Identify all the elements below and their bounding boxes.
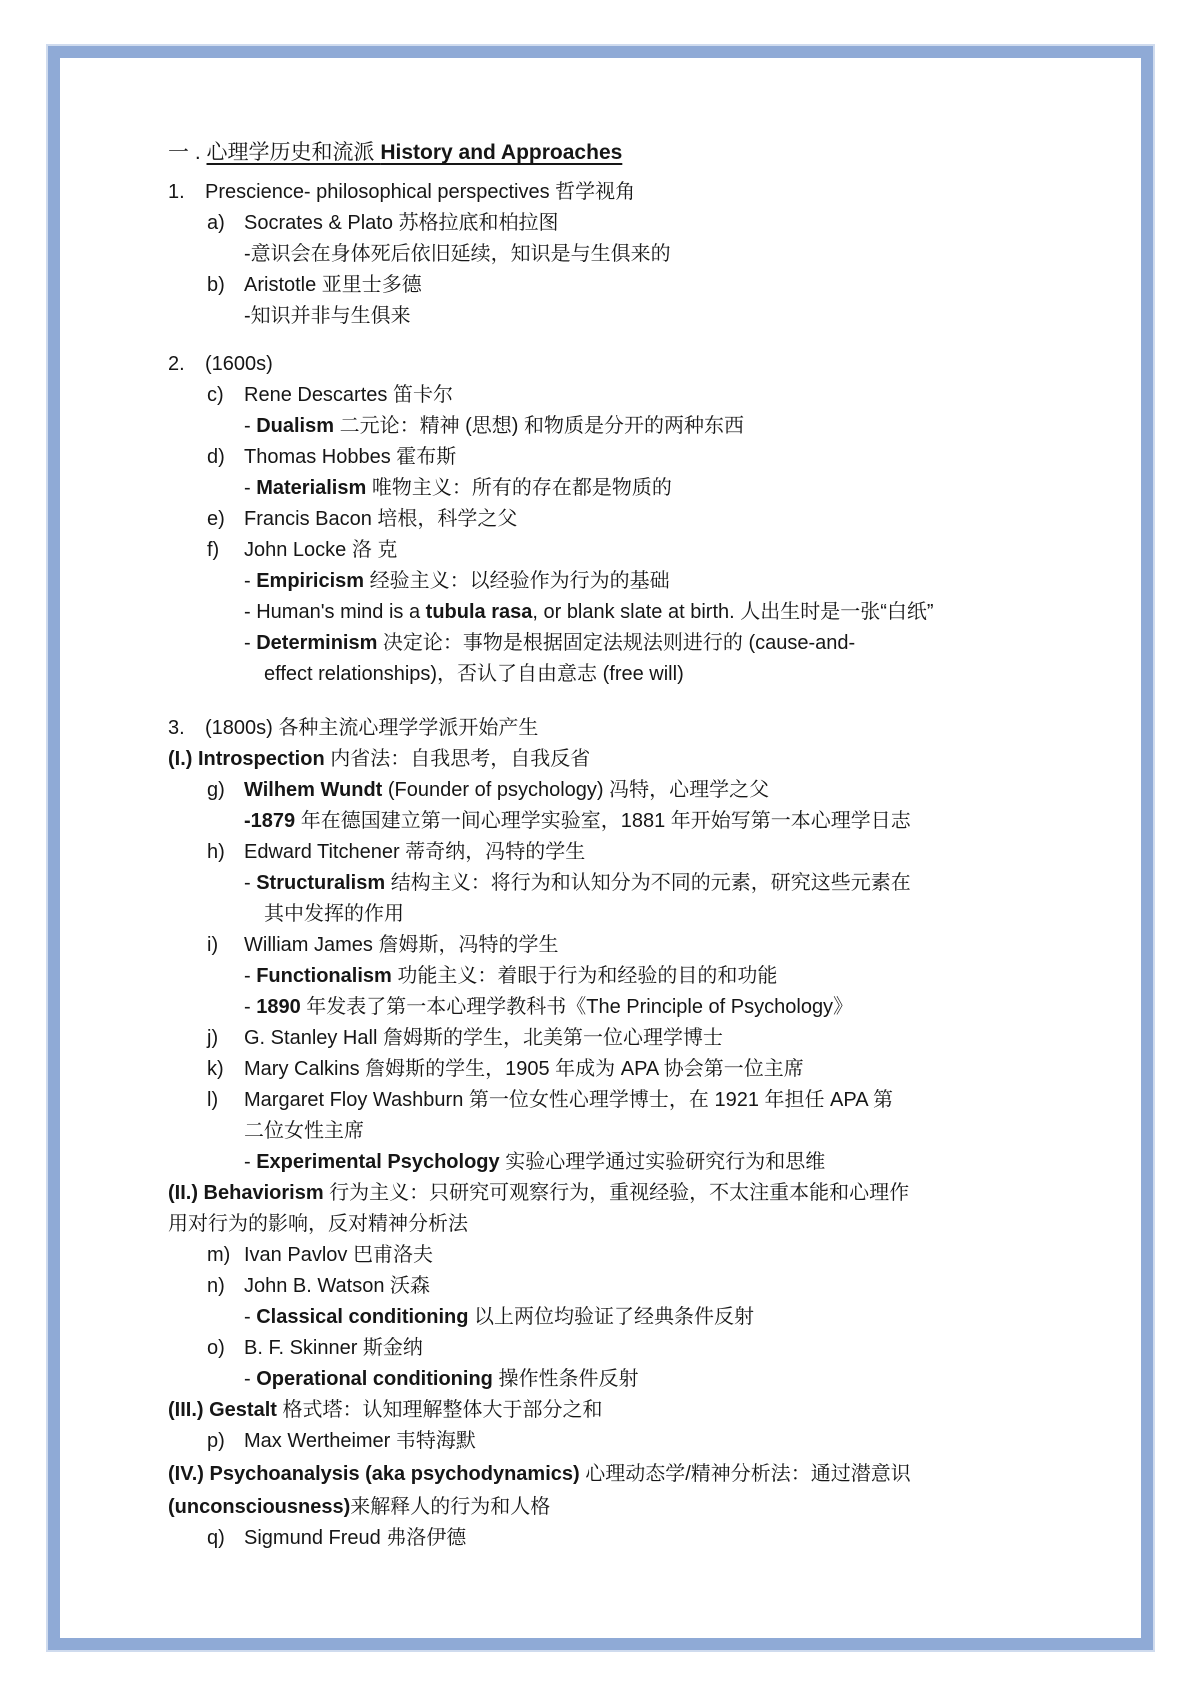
text-segment: 实验心理学通过实验研究行为和思维 (500, 1151, 826, 1173)
text-segment: Ivan Pavlov 巴甫洛夫 (244, 1244, 433, 1266)
list-marker: n) (207, 1272, 244, 1300)
line-text: Wilhem Wundt (Founder of psychology) 冯特，… (244, 776, 1103, 804)
lettered-item: c)Rene Descartes 笛卡尔 (168, 381, 1103, 409)
lettered-item: h)Edward Titchener 蒂奇纳，冯特的学生 (168, 838, 1103, 866)
bold-text-segment: -1879 (244, 810, 295, 832)
text-segment: - (244, 996, 256, 1018)
continuation-line: 其中发挥的作用 (168, 900, 1103, 928)
continuation-line: 用对行为的影响，反对精神分析法 (168, 1210, 1103, 1238)
lettered-item: d)Thomas Hobbes 霍布斯 (168, 443, 1103, 471)
text-segment: Prescience- philosophical perspectives 哲… (205, 181, 635, 203)
text-segment: 二位女性主席 (244, 1120, 364, 1142)
list-marker: d) (207, 443, 244, 471)
line-text: Sigmund Freud 弗洛伊德 (244, 1524, 1103, 1552)
bold-text-segment: Classical conditioning (256, 1306, 468, 1328)
bold-text-segment: Structuralism (256, 872, 385, 894)
lettered-item: j)G. Stanley Hall 詹姆斯的学生，北美第一位心理学博士 (168, 1024, 1103, 1052)
line-text: (unconsciousness)来解释人的行为和人格 (168, 1493, 1103, 1521)
list-marker: q) (207, 1524, 244, 1552)
line-text: - Functionalism 功能主义：着眼于行为和经验的目的和功能 (244, 962, 1103, 990)
document-content: 一 . 心理学历史和流派 History and Approaches 1.Pr… (60, 58, 1141, 1638)
document-title: 一 . 心理学历史和流派 History and Approaches (168, 138, 1103, 168)
dash-subitem: - Operational conditioning 操作性条件反射 (168, 1365, 1103, 1393)
text-segment: B. F. Skinner 斯金纳 (244, 1337, 423, 1359)
section-heading: (unconsciousness)来解释人的行为和人格 (168, 1493, 1103, 1521)
line-text: Max Wertheimer 韦特海默 (244, 1427, 1103, 1455)
text-segment: Max Wertheimer 韦特海默 (244, 1430, 476, 1452)
bold-text-segment: 1890 (256, 996, 301, 1018)
dash-subitem: - Functionalism 功能主义：着眼于行为和经验的目的和功能 (168, 962, 1103, 990)
line-text: - Operational conditioning 操作性条件反射 (244, 1365, 1103, 1393)
bold-text-segment: Materialism (256, 477, 366, 499)
list-marker: 3. (168, 714, 205, 742)
section-heading: (IV.) Psychoanalysis (aka psychodynamics… (168, 1460, 1103, 1488)
text-segment: Sigmund Freud 弗洛伊德 (244, 1527, 466, 1549)
list-marker: o) (207, 1334, 244, 1362)
text-segment: 格式塔：认知理解整体大于部分之和 (277, 1399, 603, 1421)
section-heading: (I.) Introspection 内省法：自我思考，自我反省 (168, 745, 1103, 773)
text-segment: 唯物主义：所有的存在都是物质的 (366, 477, 672, 499)
text-segment: G. Stanley Hall 詹姆斯的学生，北美第一位心理学博士 (244, 1027, 723, 1049)
lettered-item: e)Francis Bacon 培根，科学之父 (168, 505, 1103, 533)
line-text: (III.) Gestalt 格式塔：认知理解整体大于部分之和 (168, 1396, 1103, 1424)
bold-text-segment: tubula rasa (426, 601, 533, 623)
bold-text-segment: Dualism (256, 415, 334, 437)
dash-subitem: - Materialism 唯物主义：所有的存在都是物质的 (168, 474, 1103, 502)
lettered-item: m)Ivan Pavlov 巴甫洛夫 (168, 1241, 1103, 1269)
line-text: - Determinism 决定论：事物是根据固定法规法则进行的 (cause-… (244, 629, 1103, 657)
dash-subitem: - Empiricism 经验主义：以经验作为行为的基础 (168, 567, 1103, 595)
line-text: - Experimental Psychology 实验心理学通过实验研究行为和… (244, 1148, 1103, 1176)
list-marker: p) (207, 1427, 244, 1455)
text-segment: Socrates & Plato 苏格拉底和柏拉图 (244, 212, 559, 234)
line-text: - Empiricism 经验主义：以经验作为行为的基础 (244, 567, 1103, 595)
text-segment: - (244, 965, 256, 987)
text-segment: , or blank slate at birth. 人出生时是一张“白纸” (532, 601, 933, 623)
lettered-item: o)B. F. Skinner 斯金纳 (168, 1334, 1103, 1362)
dash-subitem: -1879 年在德国建立第一间心理学实验室，1881 年开始写第一本心理学日志 (168, 807, 1103, 835)
line-text: G. Stanley Hall 詹姆斯的学生，北美第一位心理学博士 (244, 1024, 1103, 1052)
bold-text-segment: Functionalism (256, 965, 392, 987)
list-marker: 2. (168, 350, 205, 378)
text-segment: Aristotle 亚里士多德 (244, 274, 422, 296)
lettered-item: p)Max Wertheimer 韦特海默 (168, 1427, 1103, 1455)
text-segment: (Founder of psychology) 冯特，心理学之父 (382, 779, 769, 801)
line-text: 二位女性主席 (244, 1117, 1103, 1145)
text-segment: effect relationships)，否认了自由意志 (free will… (264, 663, 684, 685)
bold-text-segment: Wilhem Wundt (244, 779, 382, 801)
line-text: 用对行为的影响，反对精神分析法 (168, 1210, 1103, 1238)
list-marker: f) (207, 536, 244, 564)
text-segment: John Locke 洛 克 (244, 539, 397, 561)
text-segment: 结构主义：将行为和认知分为不同的元素，研究这些元素在 (385, 872, 911, 894)
text-segment: - (244, 872, 256, 894)
bold-text-segment: (I.) Introspection (168, 748, 325, 770)
line-text: John Locke 洛 克 (244, 536, 1103, 564)
line-text: - Materialism 唯物主义：所有的存在都是物质的 (244, 474, 1103, 502)
page-border-frame: 一 . 心理学历史和流派 History and Approaches 1.Pr… (48, 46, 1153, 1650)
dash-subitem: - Experimental Psychology 实验心理学通过实验研究行为和… (168, 1148, 1103, 1176)
text-segment: -意识会在身体死后依旧延续，知识是与生俱来的 (244, 243, 671, 265)
text-segment: 一 . (168, 141, 207, 164)
text-segment: 决定论：事物是根据固定法规法则进行的 (cause-and- (377, 632, 855, 654)
lettered-item: q)Sigmund Freud 弗洛伊德 (168, 1524, 1103, 1552)
text-segment: - (244, 477, 256, 499)
line-text: Socrates & Plato 苏格拉底和柏拉图 (244, 209, 1103, 237)
text-segment: Mary Calkins 詹姆斯的学生，1905 年成为 APA 协会第一位主席 (244, 1058, 804, 1080)
text-segment: 内省法：自我思考，自我反省 (325, 748, 591, 770)
text-segment: -知识并非与生俱来 (244, 305, 411, 327)
bold-text-segment: (III.) Gestalt (168, 1399, 277, 1421)
bold-text-segment: (II.) Behaviorism (168, 1182, 324, 1204)
dash-subitem: - Dualism 二元论：精神 (思想) 和物质是分开的两种东西 (168, 412, 1103, 440)
line-text: Margaret Floy Washburn 第一位女性心理学博士，在 1921… (244, 1086, 1103, 1114)
text-segment: Edward Titchener 蒂奇纳，冯特的学生 (244, 841, 585, 863)
text-segment: - (244, 1368, 256, 1390)
lettered-item: l)Margaret Floy Washburn 第一位女性心理学博士，在 19… (168, 1086, 1103, 1114)
text-segment: (1600s) (205, 353, 273, 375)
text-segment: 年在德国建立第一间心理学实验室，1881 年开始写第一本心理学日志 (295, 810, 911, 832)
dash-subitem: -知识并非与生俱来 (168, 302, 1103, 330)
list-marker: a) (207, 209, 244, 237)
line-text: (II.) Behaviorism 行为主义：只研究可观察行为，重视经验，不太注… (168, 1179, 1103, 1207)
document-page: 一 . 心理学历史和流派 History and Approaches 1.Pr… (0, 0, 1200, 1698)
line-text: Mary Calkins 詹姆斯的学生，1905 年成为 APA 协会第一位主席 (244, 1055, 1103, 1083)
line-text: (I.) Introspection 内省法：自我思考，自我反省 (168, 745, 1103, 773)
dash-subitem: - Human's mind is a tubula rasa, or blan… (168, 598, 1103, 626)
dash-subitem: - Structuralism 结构主义：将行为和认知分为不同的元素，研究这些元… (168, 869, 1103, 897)
list-marker: g) (207, 776, 244, 804)
line-text: (1600s) (205, 350, 1103, 378)
line-text: - Classical conditioning 以上两位均验证了经典条件反射 (244, 1303, 1103, 1331)
lettered-item: i)William James 詹姆斯，冯特的学生 (168, 931, 1103, 959)
list-marker: b) (207, 271, 244, 299)
lettered-item: a)Socrates & Plato 苏格拉底和柏拉图 (168, 209, 1103, 237)
list-marker: l) (207, 1086, 244, 1114)
line-text: John B. Watson 沃森 (244, 1272, 1103, 1300)
list-marker: k) (207, 1055, 244, 1083)
list-marker: m) (207, 1241, 244, 1269)
line-text: - Structuralism 结构主义：将行为和认知分为不同的元素，研究这些元… (244, 869, 1103, 897)
text-segment: - Human's mind is a (244, 601, 426, 623)
text-segment: - (244, 415, 256, 437)
text-segment: Thomas Hobbes 霍布斯 (244, 446, 456, 468)
lettered-item: n)John B. Watson 沃森 (168, 1272, 1103, 1300)
text-segment: 心理学历史和流派 (207, 141, 381, 164)
lettered-item: g)Wilhem Wundt (Founder of psychology) 冯… (168, 776, 1103, 804)
bold-text-segment: Empiricism (256, 570, 364, 592)
line-text: -意识会在身体死后依旧延续，知识是与生俱来的 (244, 240, 1103, 268)
line-text: -1879 年在德国建立第一间心理学实验室，1881 年开始写第一本心理学日志 (244, 807, 1103, 835)
text-segment: 年发表了第一本心理学教科书《The Principle of Psycholog… (301, 996, 853, 1018)
bold-text-segment: Determinism (256, 632, 377, 654)
lettered-item: k)Mary Calkins 詹姆斯的学生，1905 年成为 APA 协会第一位… (168, 1055, 1103, 1083)
dash-subitem: -意识会在身体死后依旧延续，知识是与生俱来的 (168, 240, 1103, 268)
line-text: Prescience- philosophical perspectives 哲… (205, 178, 1103, 206)
text-segment: 其中发挥的作用 (264, 903, 404, 925)
text-segment: William James 詹姆斯，冯特的学生 (244, 934, 558, 956)
lettered-item: f)John Locke 洛 克 (168, 536, 1103, 564)
dash-subitem: - Determinism 决定论：事物是根据固定法规法则进行的 (cause-… (168, 629, 1103, 657)
section-heading: (II.) Behaviorism 行为主义：只研究可观察行为，重视经验，不太注… (168, 1179, 1103, 1207)
dash-subitem: - Classical conditioning 以上两位均验证了经典条件反射 (168, 1303, 1103, 1331)
line-text: Thomas Hobbes 霍布斯 (244, 443, 1103, 471)
bold-text-segment: Experimental Psychology (256, 1151, 499, 1173)
line-text: - Dualism 二元论：精神 (思想) 和物质是分开的两种东西 (244, 412, 1103, 440)
line-text: William James 詹姆斯，冯特的学生 (244, 931, 1103, 959)
list-marker: h) (207, 838, 244, 866)
text-segment: Rene Descartes 笛卡尔 (244, 384, 453, 406)
text-segment: 心理动态学/精神分析法：通过潜意识 (580, 1463, 911, 1485)
text-segment: 以上两位均验证了经典条件反射 (468, 1306, 754, 1328)
text-segment: 操作性条件反射 (493, 1368, 639, 1390)
line-text: Francis Bacon 培根，科学之父 (244, 505, 1103, 533)
line-text: B. F. Skinner 斯金纳 (244, 1334, 1103, 1362)
line-text: 其中发挥的作用 (264, 900, 1103, 928)
document-body: 1.Prescience- philosophical perspectives… (168, 178, 1103, 1552)
list-marker: i) (207, 931, 244, 959)
numbered-item: 2.(1600s) (168, 350, 1103, 378)
line-text: -知识并非与生俱来 (244, 302, 1103, 330)
lettered-item: b)Aristotle 亚里士多德 (168, 271, 1103, 299)
list-marker: c) (207, 381, 244, 409)
text-segment: John B. Watson 沃森 (244, 1275, 430, 1297)
line-text: Edward Titchener 蒂奇纳，冯特的学生 (244, 838, 1103, 866)
list-marker: j) (207, 1024, 244, 1052)
line-text: - 1890 年发表了第一本心理学教科书《The Principle of Ps… (244, 993, 1103, 1021)
line-text: (1800s) 各种主流心理学学派开始产生 (205, 714, 1103, 742)
text-segment: 来解释人的行为和人格 (350, 1496, 550, 1518)
text-segment: - (244, 1306, 256, 1328)
text-segment: (1800s) 各种主流心理学学派开始产生 (205, 717, 538, 739)
numbered-item: 1.Prescience- philosophical perspectives… (168, 178, 1103, 206)
text-segment: - (244, 1151, 256, 1173)
text-segment: 二元论：精神 (思想) 和物质是分开的两种东西 (334, 415, 744, 437)
text-segment: 经验主义：以经验作为行为的基础 (364, 570, 670, 592)
continuation-line: 二位女性主席 (168, 1117, 1103, 1145)
continuation-line: effect relationships)，否认了自由意志 (free will… (168, 660, 1103, 688)
text-segment: Francis Bacon 培根，科学之父 (244, 508, 517, 530)
line-text: Ivan Pavlov 巴甫洛夫 (244, 1241, 1103, 1269)
line-text: (IV.) Psychoanalysis (aka psychodynamics… (168, 1460, 1103, 1488)
list-marker: 1. (168, 178, 205, 206)
line-text: Aristotle 亚里士多德 (244, 271, 1103, 299)
list-marker: e) (207, 505, 244, 533)
text-segment: - (244, 632, 256, 654)
text-segment: 用对行为的影响，反对精神分析法 (168, 1213, 468, 1235)
text-segment: Margaret Floy Washburn 第一位女性心理学博士，在 1921… (244, 1089, 893, 1111)
bold-text-segment: (unconsciousness) (168, 1496, 350, 1518)
text-segment: 功能主义：着眼于行为和经验的目的和功能 (392, 965, 778, 987)
line-text: - Human's mind is a tubula rasa, or blan… (244, 598, 1103, 626)
line-text: Rene Descartes 笛卡尔 (244, 381, 1103, 409)
bold-text-segment: History and Approaches (380, 141, 622, 164)
line-text: effect relationships)，否认了自由意志 (free will… (264, 660, 1103, 688)
numbered-item: 3.(1800s) 各种主流心理学学派开始产生 (168, 714, 1103, 742)
bold-text-segment: Operational conditioning (256, 1368, 493, 1390)
text-segment: - (244, 570, 256, 592)
section-heading: (III.) Gestalt 格式塔：认知理解整体大于部分之和 (168, 1396, 1103, 1424)
bold-text-segment: (IV.) Psychoanalysis (aka psychodynamics… (168, 1463, 580, 1485)
text-segment: 行为主义：只研究可观察行为，重视经验，不太注重本能和心理作 (324, 1182, 910, 1204)
dash-subitem: - 1890 年发表了第一本心理学教科书《The Principle of Ps… (168, 993, 1103, 1021)
